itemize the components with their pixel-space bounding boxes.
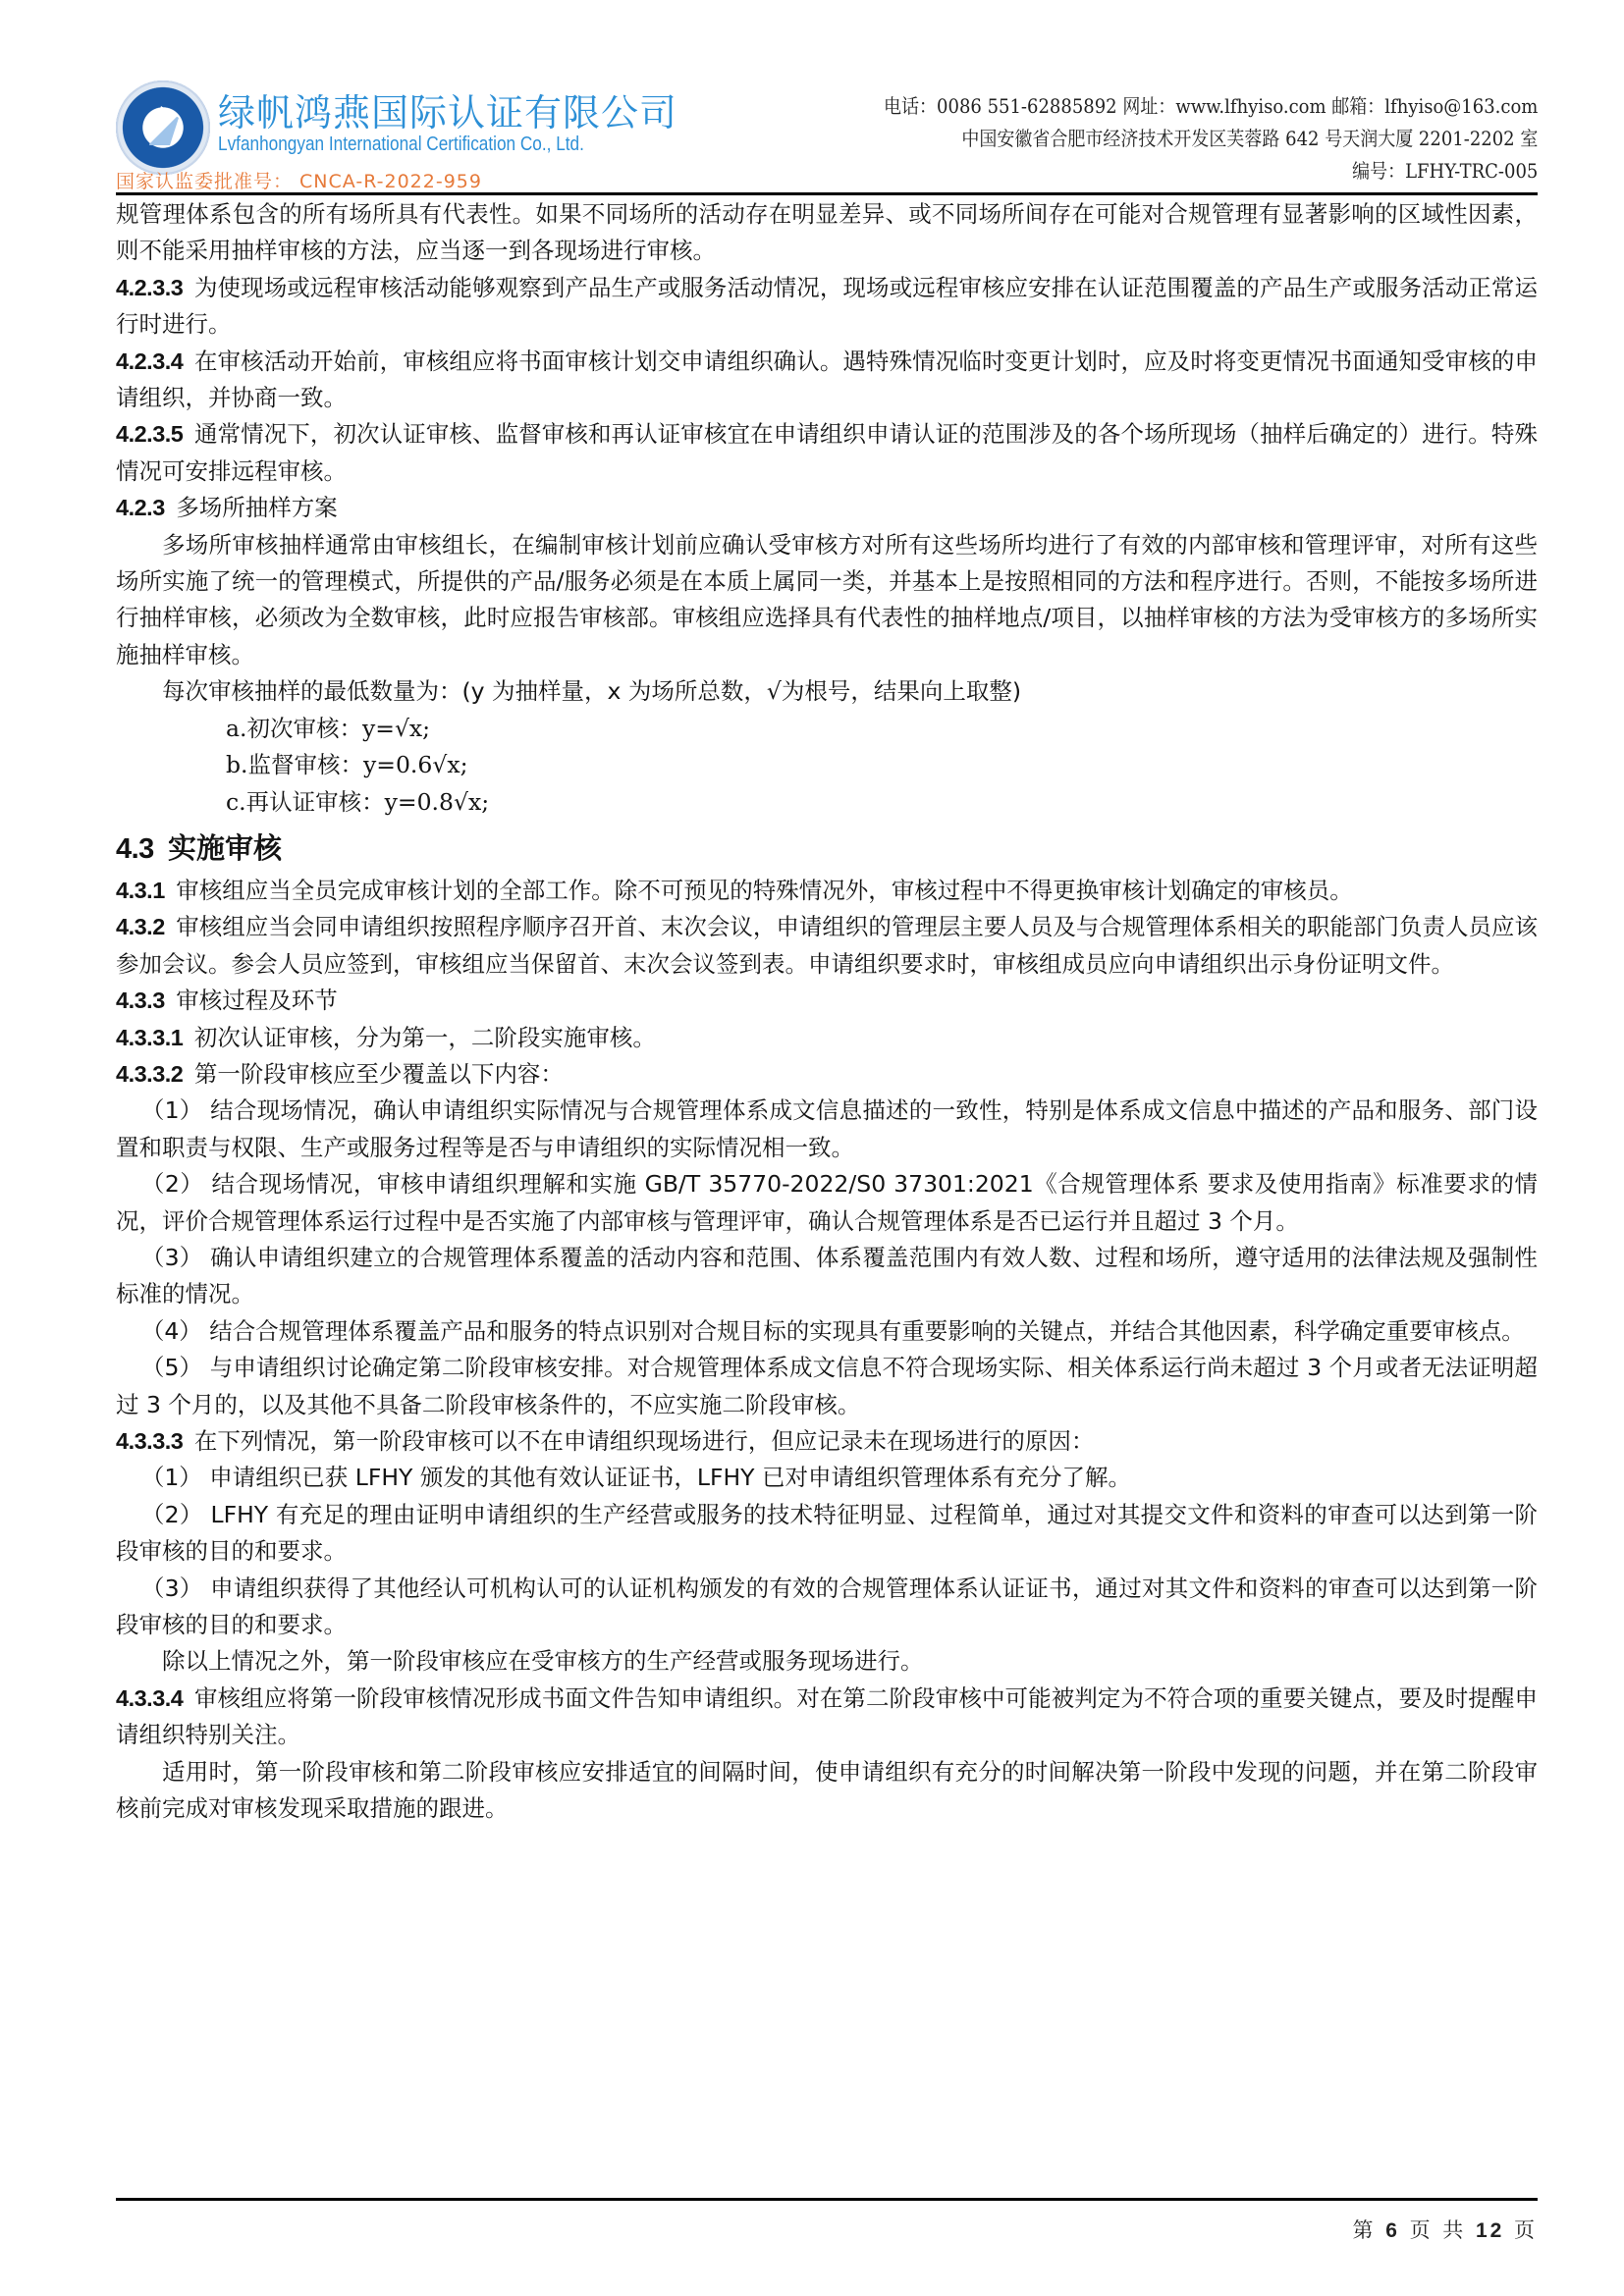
list-item: （5） 与申请组织讨论确定第二阶段审核安排。对合规管理体系成文信息不符合现场实际…	[116, 1350, 1538, 1423]
clause-text: 初次认证审核，分为第一，二阶段实施审核。	[194, 1024, 656, 1051]
company-name-en: Lvfanhongyan International Certification…	[218, 133, 584, 156]
clause-number: 4.3.3.4	[116, 1685, 183, 1711]
formula-recertification: c.再认证审核：y=0.8√x;	[116, 784, 1538, 821]
clause-4-3-3-4: 4.3.3.4 审核组应将第一阶段审核情况形成书面文件告知申请组织。对在第二阶段…	[116, 1681, 1538, 1754]
item-text: 确认申请组织建立的合规管理体系覆盖的活动内容和范围、体系覆盖范围内有效人数、过程…	[116, 1244, 1538, 1308]
list-item: （2） LFHY 有充足的理由证明申请组织的生产经营或服务的技术特征明显、过程简…	[116, 1497, 1538, 1571]
list-item: （3） 确认申请组织建立的合规管理体系覆盖的活动内容和范围、体系覆盖范围内有效人…	[116, 1240, 1538, 1313]
item-text: 与申请组织讨论确定第二阶段审核安排。对合规管理体系成文信息不符合现场实际、相关体…	[116, 1354, 1538, 1417]
paragraph: 规管理体系包含的所有场所具有代表性。如果不同场所的活动存在明显差异、或不同场所间…	[116, 196, 1538, 270]
clause-4-2-3: 4.2.3 多场所抽样方案	[116, 490, 1538, 526]
current-page: 6	[1385, 2219, 1400, 2242]
clause-4-2-3-4: 4.2.3.4 在审核活动开始前，审核组应将书面审核计划交申请组织确认。遇特殊情…	[116, 344, 1538, 417]
item-text: 结合现场情况，审核申请组织理解和实施 GB/T 35770-2022/S0 37…	[116, 1170, 1538, 1234]
item-label: （3）	[141, 1244, 203, 1271]
page-suffix: 页	[1514, 2218, 1538, 2242]
clause-text: 在下列情况，第一阶段审核可以不在申请组织现场进行，但应记录未在现场进行的原因：	[194, 1427, 1095, 1455]
item-text: LFHY 有充足的理由证明申请组织的生产经营或服务的技术特征明显、过程简单，通过…	[116, 1501, 1538, 1565]
clause-text: 审核组应当全员完成审核计划的全部工作。除不可预见的特殊情况外，审核过程中不得更换…	[176, 877, 1353, 904]
contact-block: 电话：0086 551-62885892 网址：www.lfhyiso.com …	[811, 90, 1538, 187]
clause-4-3-2: 4.3.2 审核组应当会同申请组织按照程序顺序召开首、末次会议，申请组织的管理层…	[116, 909, 1538, 983]
document-body: 规管理体系包含的所有场所具有代表性。如果不同场所的活动存在明显差异、或不同场所间…	[116, 196, 1538, 1827]
list-item: （2） 结合现场情况，审核申请组织理解和实施 GB/T 35770-2022/S…	[116, 1166, 1538, 1240]
company-name-cn: 绿帆鸿燕国际认证有限公司	[218, 82, 677, 136]
item-label: （1）	[141, 1464, 202, 1491]
clause-number: 4.3.3.3	[116, 1428, 183, 1454]
item-label: （2）	[141, 1170, 204, 1198]
clause-number: 4.3.2	[116, 914, 165, 939]
sample-intro: 每次审核抽样的最低数量为：(y 为抽样量，x 为场所总数，√为根号，结果向上取整…	[116, 673, 1538, 710]
item-label: （1）	[141, 1096, 203, 1124]
header-divider	[116, 192, 1538, 195]
item-label: （4）	[141, 1317, 202, 1345]
clause-4-3-3-1: 4.3.3.1 初次认证审核，分为第一，二阶段实施审核。	[116, 1020, 1538, 1056]
page-prefix: 第	[1353, 2218, 1377, 2242]
clause-number: 4.2.3	[116, 495, 165, 520]
formula-initial: a.初次审核：y=√x;	[116, 711, 1538, 747]
clause-text: 多场所抽样方案	[176, 494, 338, 521]
item-label: （2）	[141, 1501, 203, 1528]
list-item: （3） 申请组织获得了其他经认可机构认可的认证机构颁发的有效的合规管理体系认证证…	[116, 1571, 1538, 1644]
clause-4-2-3-5: 4.2.3.5 通常情况下，初次认证审核、监督审核和再认证审核宜在申请组织申请认…	[116, 416, 1538, 490]
item-label: （5）	[141, 1354, 202, 1381]
clause-text: 为使现场或远程审核活动能够观察到产品生产或服务活动情况，现场或远程审核应安排在认…	[116, 274, 1538, 338]
clause-4-3-1: 4.3.1 审核组应当全员完成审核计划的全部工作。除不可预见的特殊情况外，审核过…	[116, 873, 1538, 909]
page-number: 第 6 页 共 12 页	[1353, 2215, 1538, 2244]
clause-number: 4.3.3.1	[116, 1025, 183, 1050]
clause-4-2-3-3: 4.2.3.3 为使现场或远程审核活动能够观察到产品生产或服务活动情况，现场或远…	[116, 270, 1538, 344]
company-emblem-icon	[116, 80, 210, 175]
clause-text: 审核组应将第一阶段审核情况形成书面文件告知申请组织。对在第二阶段审核中可能被判定…	[116, 1684, 1538, 1748]
clause-text: 审核过程及环节	[176, 987, 338, 1014]
list-item: （1） 结合现场情况，确认申请组织实际情况与合规管理体系成文信息描述的一致性，特…	[116, 1093, 1538, 1166]
clause-number: 4.2.3.3	[116, 275, 183, 300]
multi-site-paragraph: 多场所审核抽样通常由审核组长，在编制审核计划前应确认受审核方对所有这些场所均进行…	[116, 527, 1538, 674]
clause-4-3-3-2: 4.3.3.2 第一阶段审核应至少覆盖以下内容：	[116, 1056, 1538, 1093]
section-title-4-3: 4.3 实施审核	[116, 825, 1538, 873]
section-number: 4.3	[116, 833, 154, 865]
formula-surveillance: b.监督审核：y=0.6√x;	[116, 747, 1538, 783]
item-label: （3）	[141, 1575, 203, 1602]
clause-number: 4.3.1	[116, 878, 165, 903]
list-item: （1） 申请组织已获 LFHY 颁发的其他有效认证证书，LFHY 已对申请组织管…	[116, 1460, 1538, 1496]
clause-4-3-3-3: 4.3.3.3 在下列情况，第一阶段审核可以不在申请组织现场进行，但应记录未在现…	[116, 1423, 1538, 1460]
interval-paragraph: 适用时，第一阶段审核和第二阶段审核应安排适宜的间隔时间，使申请组织有充分的时间解…	[116, 1754, 1538, 1828]
doc-number: 编号：LFHY-TRC-005	[884, 155, 1538, 187]
clause-text: 通常情况下，初次认证审核、监督审核和再认证审核宜在申请组织申请认证的范围涉及的各…	[116, 420, 1538, 484]
item-text: 结合现场情况，确认申请组织实际情况与合规管理体系成文信息描述的一致性，特别是体系…	[116, 1096, 1538, 1160]
list-item: （4） 结合合规管理体系覆盖产品和服务的特点识别对合规目标的实现具有重要影响的关…	[116, 1313, 1538, 1350]
clause-4-3-3: 4.3.3 审核过程及环节	[116, 983, 1538, 1019]
clause-text: 审核组应当会同申请组织按照程序顺序召开首、末次会议，申请组织的管理层主要人员及与…	[116, 913, 1538, 977]
offsite-note: 除以上情况之外，第一阶段审核应在受审核方的生产经营或服务现场进行。	[116, 1643, 1538, 1680]
approval-number: 国家认监委批准号： CNCA-R-2022-959	[116, 167, 482, 193]
page-header: 绿帆鸿燕国际认证有限公司 Lvfanhongyan International …	[116, 77, 1538, 187]
item-text: 申请组织已获 LFHY 颁发的其他有效认证证书，LFHY 已对申请组织管理体系有…	[209, 1464, 1131, 1491]
footer-divider	[116, 2198, 1538, 2201]
item-text: 申请组织获得了其他经认可机构认可的认证机构颁发的有效的合规管理体系认证证书，通过…	[116, 1575, 1538, 1638]
clause-text: 在审核活动开始前，审核组应将书面审核计划交申请组织确认。遇特殊情况临时变更计划时…	[116, 347, 1538, 411]
total-pages: 12	[1476, 2219, 1504, 2242]
clause-number: 4.3.3	[116, 988, 165, 1013]
clause-text: 第一阶段审核应至少覆盖以下内容：	[194, 1060, 564, 1088]
clause-number: 4.3.3.2	[116, 1061, 183, 1087]
clause-number: 4.2.3.5	[116, 421, 183, 447]
section-title-text: 实施审核	[168, 831, 282, 865]
item-text: 结合合规管理体系覆盖产品和服务的特点识别对合规目标的实现具有重要影响的关键点，并…	[209, 1317, 1525, 1345]
clause-number: 4.2.3.4	[116, 348, 183, 374]
address-line: 中国安徽省合肥市经济技术开发区芙蓉路 642 号天润大厦 2201-2202 室	[884, 123, 1538, 155]
page-mid: 页 共	[1410, 2218, 1467, 2242]
contact-line: 电话：0086 551-62885892 网址：www.lfhyiso.com …	[884, 90, 1538, 123]
